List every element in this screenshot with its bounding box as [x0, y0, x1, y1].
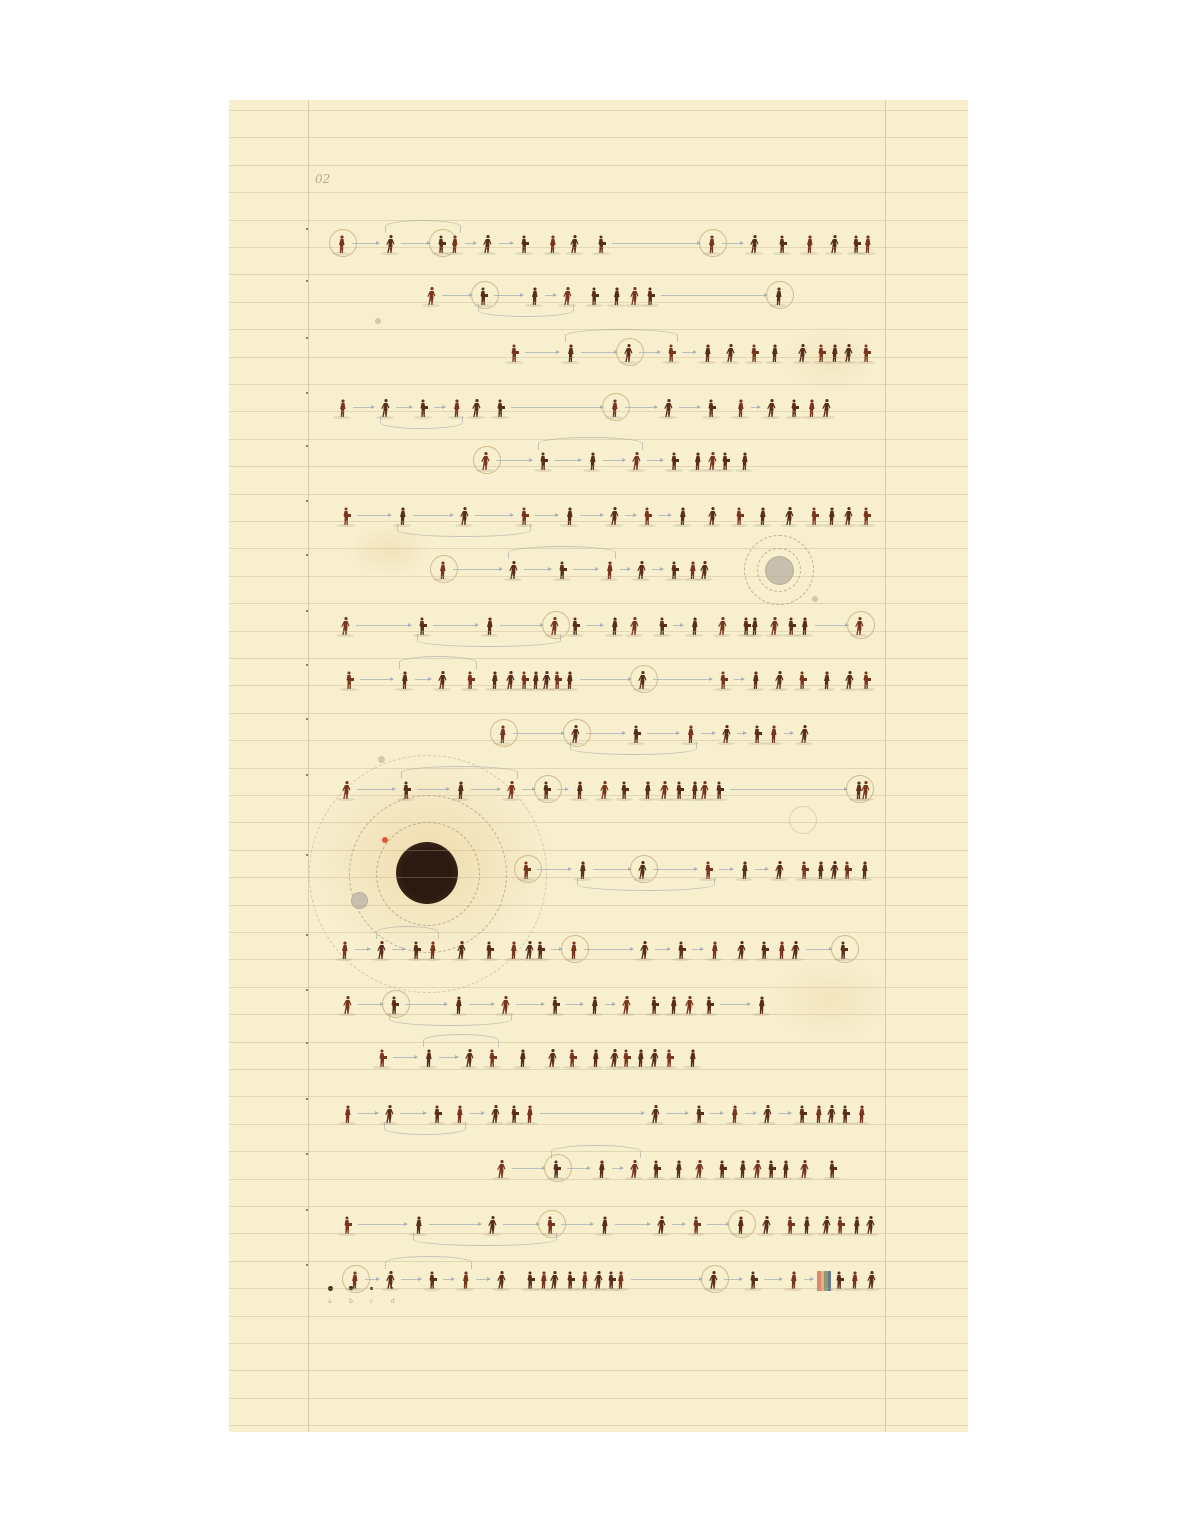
walking-figure-icon	[454, 1104, 466, 1124]
margin-tick	[306, 228, 308, 230]
walking-figure-icon	[517, 1048, 529, 1068]
arrow-connector	[405, 1004, 447, 1005]
ruled-line	[229, 1343, 968, 1344]
margin-tick	[306, 280, 308, 282]
walking-figure-icon	[589, 995, 601, 1015]
walking-figure-icon	[862, 234, 874, 254]
walking-figure-icon	[423, 1048, 435, 1068]
walking-figure-icon	[451, 398, 463, 418]
walking-figure-icon	[574, 780, 586, 800]
ruled-line	[229, 1206, 968, 1207]
walking-figure-icon	[611, 286, 623, 306]
walking-figure-icon	[482, 234, 494, 254]
walking-figure-icon	[827, 1159, 839, 1179]
arrow-connector	[692, 949, 703, 950]
ruled-line	[229, 987, 968, 988]
arrow-connector	[682, 352, 696, 353]
walking-figure-icon	[399, 670, 411, 690]
walking-figure-icon	[735, 398, 747, 418]
walking-figure-icon	[449, 234, 461, 254]
arrow-connector	[357, 789, 395, 790]
arrow-connector	[707, 1224, 729, 1225]
legend-label: c	[370, 1298, 373, 1305]
walking-figure-icon	[590, 1048, 602, 1068]
walking-figure-icon	[725, 343, 737, 363]
walking-figure-icon	[860, 780, 872, 800]
walking-figure-icon	[651, 1159, 663, 1179]
walking-figure-icon	[797, 670, 809, 690]
arrow-connector	[413, 515, 453, 516]
figure-row	[229, 860, 968, 882]
arrow-connector	[679, 407, 700, 408]
arrow-connector	[443, 1279, 454, 1280]
walking-figure-icon	[762, 1104, 774, 1124]
walking-figure-icon	[835, 1215, 847, 1235]
walking-figure-icon	[691, 1215, 703, 1235]
walking-figure-icon	[668, 995, 680, 1015]
walking-figure-icon	[615, 1270, 627, 1290]
arrow-connector	[658, 515, 671, 516]
ruled-line	[229, 411, 968, 412]
ruled-line	[229, 850, 968, 851]
walking-figure-icon	[666, 343, 678, 363]
walking-figure-icon	[804, 234, 816, 254]
walking-figure-icon	[676, 940, 688, 960]
walking-figure-icon	[759, 940, 771, 960]
arc-connector	[577, 878, 715, 891]
walking-figure-icon	[720, 451, 732, 471]
walking-figure-icon	[777, 234, 789, 254]
arrow-connector	[500, 625, 543, 626]
walking-figure-icon	[717, 1159, 729, 1179]
walking-figure-icon	[464, 1048, 476, 1068]
walking-figure-icon	[389, 995, 401, 1015]
walking-figure-icon	[639, 940, 651, 960]
walking-figure-icon	[687, 1048, 699, 1068]
walking-figure-icon	[635, 1048, 647, 1068]
ruled-line	[229, 521, 968, 522]
walking-figure-icon	[749, 234, 761, 254]
arrow-connector	[730, 789, 847, 790]
arrow-connector	[815, 625, 848, 626]
margin-tick	[306, 554, 308, 556]
walking-figure-icon	[756, 995, 768, 1015]
ruled-line	[229, 494, 968, 495]
walking-figure-icon	[826, 1104, 838, 1124]
arrow-connector	[516, 1004, 544, 1005]
ruled-line	[229, 1069, 968, 1070]
walking-figure-icon	[761, 1215, 773, 1235]
arrow-connector	[804, 1279, 813, 1280]
figure-row	[229, 1104, 968, 1126]
walking-figure-icon	[706, 398, 718, 418]
ruled-line	[229, 1233, 968, 1234]
ruled-line	[229, 466, 968, 467]
arrow-connector	[392, 949, 405, 950]
arrow-connector	[710, 1113, 723, 1114]
legend-label: b	[349, 1298, 353, 1305]
arrow-connector	[476, 1279, 490, 1280]
walking-figure-icon	[519, 234, 531, 254]
arrow-connector	[415, 679, 431, 680]
walking-figure-icon	[776, 940, 788, 960]
margin-tick	[306, 445, 308, 447]
arrow-connector	[701, 733, 715, 734]
arrow-connector	[358, 1224, 407, 1225]
walking-figure-icon	[694, 1104, 706, 1124]
arc-connector	[417, 634, 561, 647]
figure-row	[229, 670, 968, 692]
ruled-line	[229, 137, 968, 138]
walking-figure-icon	[432, 1104, 444, 1124]
walking-figure-icon	[564, 506, 576, 526]
walking-figure-icon	[417, 616, 429, 636]
walking-figure-icon	[849, 1270, 861, 1290]
walking-figure-icon	[786, 616, 798, 636]
page-number: 02	[315, 172, 330, 186]
small-dot-icon	[375, 318, 381, 324]
walking-figure-icon	[707, 451, 719, 471]
ruled-line	[229, 1096, 968, 1097]
walking-figure-icon	[785, 1215, 797, 1235]
walking-figure-icon	[834, 1270, 846, 1290]
walking-figure-icon	[629, 1159, 641, 1179]
ruled-line	[229, 1370, 968, 1371]
walking-figure-icon	[843, 343, 855, 363]
walking-figure-icon	[508, 560, 520, 580]
ruled-line	[229, 768, 968, 769]
arrow-connector	[612, 243, 700, 244]
walking-figure-icon	[524, 1104, 536, 1124]
arrow-connector	[442, 295, 472, 296]
walking-figure-icon	[456, 940, 468, 960]
walking-figure-icon	[677, 506, 689, 526]
ruled-line	[229, 1261, 968, 1262]
ruled-line	[229, 165, 968, 166]
arrow-connector	[358, 1113, 378, 1114]
arrow-connector	[475, 515, 513, 516]
walking-figure-icon	[495, 398, 507, 418]
walking-figure-icon	[342, 995, 354, 1015]
arrow-connector	[535, 515, 558, 516]
figure-row	[229, 286, 968, 308]
arrow-connector	[647, 733, 679, 734]
arc-connector	[570, 742, 697, 755]
walking-figure-icon	[645, 286, 657, 306]
arc-connector	[565, 329, 678, 342]
walking-figure-icon	[596, 234, 608, 254]
ruled-line	[229, 192, 968, 193]
small-dot-icon	[812, 596, 818, 602]
walking-figure-icon	[735, 1215, 747, 1235]
margin-tick	[306, 392, 308, 394]
walking-figure-icon	[709, 940, 721, 960]
walking-figure-icon	[547, 234, 559, 254]
margin-tick	[306, 610, 308, 612]
walking-figure-icon	[453, 995, 465, 1015]
arrow-connector	[561, 1224, 593, 1225]
walking-figure-icon	[562, 286, 574, 306]
arrow-connector	[433, 625, 478, 626]
walking-figure-icon	[460, 1270, 472, 1290]
walking-figure-icon	[649, 1048, 661, 1068]
figure-row	[229, 560, 968, 582]
arrow-connector	[554, 460, 581, 461]
walking-figure-icon	[692, 451, 704, 471]
arrow-connector	[661, 295, 767, 296]
arrow-connector	[469, 1004, 494, 1005]
walking-figure-icon	[861, 506, 873, 526]
walking-figure-icon	[538, 451, 550, 471]
ruled-line	[229, 1316, 968, 1317]
walking-figure-icon	[484, 616, 496, 636]
walking-figure-icon	[621, 1048, 633, 1068]
ruled-line	[229, 439, 968, 440]
arrow-connector	[755, 869, 768, 870]
walking-figure-icon	[496, 1159, 508, 1179]
arrow-connector	[586, 733, 625, 734]
walking-figure-icon	[750, 670, 762, 690]
walking-figure-icon	[525, 1270, 537, 1290]
walking-figure-icon	[621, 995, 633, 1015]
walking-figure-icon	[851, 1215, 863, 1235]
arrow-connector	[615, 1224, 650, 1225]
walking-figure-icon	[341, 780, 353, 800]
walking-figure-icon	[549, 1270, 561, 1290]
ruled-line	[229, 740, 968, 741]
ruled-line	[229, 1398, 968, 1399]
legend-label: a	[328, 1298, 332, 1305]
figure-row	[229, 780, 968, 802]
ruled-line	[229, 795, 968, 796]
walking-figure-icon	[455, 780, 467, 800]
arrow-connector	[511, 407, 603, 408]
margin-tick	[306, 989, 308, 991]
arrow-connector	[734, 679, 744, 680]
walking-figure-icon	[505, 670, 517, 690]
walking-figure-icon	[631, 451, 643, 471]
arc-connector	[397, 524, 531, 537]
walking-figure-icon	[821, 670, 833, 690]
arc-connector	[423, 1034, 499, 1047]
arrow-connector	[365, 1279, 379, 1280]
ruled-line	[229, 384, 968, 385]
walking-figure-icon	[774, 670, 786, 690]
margin-tick	[306, 1153, 308, 1155]
walking-figure-icon	[397, 506, 409, 526]
arrow-connector	[603, 460, 625, 461]
red-dot-icon	[382, 837, 388, 843]
walking-figure-icon	[748, 1270, 760, 1290]
arrow-connector	[722, 243, 743, 244]
arrow-connector	[353, 407, 374, 408]
arrow-connector	[540, 1113, 644, 1114]
walking-figure-icon	[377, 1048, 389, 1068]
arrow-connector	[605, 1004, 615, 1005]
walking-figure-icon	[813, 1104, 825, 1124]
walking-figure-icon	[336, 234, 348, 254]
walking-figure-icon	[552, 670, 564, 690]
arrow-connector	[471, 789, 500, 790]
walking-figure-icon	[506, 780, 518, 800]
walking-figure-icon	[702, 343, 714, 363]
walking-figure-icon	[568, 940, 580, 960]
arc-connector	[380, 416, 463, 429]
ruled-line	[229, 959, 968, 960]
arc-connector	[478, 304, 574, 317]
arrow-connector	[784, 733, 793, 734]
walking-figure-icon	[806, 398, 818, 418]
ruled-line	[229, 822, 968, 823]
walking-figure-icon	[650, 1104, 662, 1124]
walking-figure-icon	[642, 780, 654, 800]
walking-figure-icon	[340, 616, 352, 636]
walking-figure-icon	[587, 451, 599, 471]
margin-tick	[306, 718, 308, 720]
ruled-line	[229, 1425, 968, 1426]
walking-figure-icon	[766, 1159, 778, 1179]
ruled-line	[229, 329, 968, 330]
walking-figure-icon	[557, 560, 569, 580]
margin-tick	[306, 500, 308, 502]
walking-figure-icon	[656, 1215, 668, 1235]
walking-figure-icon	[341, 506, 353, 526]
walking-figure-icon	[623, 343, 635, 363]
arrow-connector	[396, 407, 412, 408]
walking-figure-icon	[838, 940, 850, 960]
walking-figure-icon	[547, 1048, 559, 1068]
arrow-connector	[357, 515, 391, 516]
walking-figure-icon	[500, 995, 512, 1015]
walking-figure-icon	[706, 234, 718, 254]
walking-figure-icon	[637, 670, 649, 690]
arrow-connector	[496, 460, 532, 461]
walking-figure-icon	[788, 1270, 800, 1290]
walking-figure-icon	[569, 234, 581, 254]
walking-figure-icon	[609, 398, 621, 418]
walking-figure-icon	[489, 670, 501, 690]
arrow-connector	[355, 949, 370, 950]
walking-figure-icon	[465, 670, 477, 690]
walking-figure-icon	[609, 616, 621, 636]
walking-figure-icon	[593, 1270, 605, 1290]
arrow-connector	[356, 625, 411, 626]
walking-figure-icon	[821, 1215, 833, 1235]
ruled-line	[229, 713, 968, 714]
arrow-connector	[512, 1168, 545, 1169]
small-dot-icon	[378, 756, 385, 763]
walking-figure-icon	[649, 995, 661, 1015]
walking-figure-icon	[609, 506, 621, 526]
arrow-connector	[673, 625, 683, 626]
arrow-connector	[470, 1113, 484, 1114]
walking-figure-icon	[541, 780, 553, 800]
margin-tick	[306, 337, 308, 339]
ruled-line	[229, 603, 968, 604]
walking-figure-icon	[418, 398, 430, 418]
arrow-connector	[498, 243, 513, 244]
arrow-connector	[400, 1113, 426, 1114]
walking-figure-icon	[769, 343, 781, 363]
arrow-connector	[545, 295, 556, 296]
ruled-line	[229, 1151, 968, 1152]
figure-row	[229, 1048, 968, 1070]
arrow-connector	[525, 352, 559, 353]
walking-figure-icon	[669, 451, 681, 471]
arrow-connector	[612, 1168, 623, 1169]
figure-row	[229, 724, 968, 746]
arrow-connector	[580, 679, 631, 680]
walking-figure-icon	[519, 506, 531, 526]
walking-figure-icon	[729, 1104, 741, 1124]
ruled-line	[229, 905, 968, 906]
grey-planet-icon	[351, 892, 368, 909]
ruled-line	[229, 576, 968, 577]
walking-figure-icon	[699, 560, 711, 580]
walking-figure-icon	[737, 1159, 749, 1179]
ruled-line	[229, 1179, 968, 1180]
arrow-connector	[666, 1113, 688, 1114]
walking-figure-icon	[604, 560, 616, 580]
walking-figure-icon	[718, 670, 730, 690]
walking-figure-icon	[663, 398, 675, 418]
arrow-connector	[625, 515, 636, 516]
arrow-connector	[513, 733, 564, 734]
walking-figure-icon	[766, 398, 778, 418]
walking-figure-icon	[797, 1104, 809, 1124]
arrow-connector	[453, 569, 502, 570]
margin-tick	[306, 1098, 308, 1100]
ruled-line	[229, 302, 968, 303]
ruled-line	[229, 1014, 968, 1015]
walking-figure-icon	[642, 506, 654, 526]
walking-figure-icon	[413, 1215, 425, 1235]
arrow-connector	[358, 1004, 383, 1005]
arrow-connector	[581, 352, 617, 353]
walking-figure-icon	[471, 398, 483, 418]
walking-figure-icon	[636, 560, 648, 580]
legend-label: d	[391, 1298, 395, 1305]
walking-figure-icon	[861, 670, 873, 690]
arrow-connector	[593, 869, 631, 870]
figure-row	[229, 398, 968, 420]
walking-figure-icon	[790, 940, 802, 960]
ruled-line	[229, 1124, 968, 1125]
walking-figure-icon	[865, 1215, 877, 1235]
arrow-connector	[751, 407, 760, 408]
arrow-connector	[429, 1224, 481, 1225]
walking-figure-icon	[529, 286, 541, 306]
walking-figure-icon	[861, 343, 873, 363]
walking-figure-icon	[509, 343, 521, 363]
figure-row	[229, 234, 968, 256]
walking-figure-icon	[427, 1270, 439, 1290]
walking-figure-icon	[659, 780, 671, 800]
walking-figure-icon	[436, 234, 448, 254]
margin-tick	[306, 664, 308, 666]
arrow-connector	[724, 1279, 742, 1280]
walking-figure-icon	[487, 1048, 499, 1068]
arrow-connector	[806, 949, 832, 950]
ruled-line	[229, 631, 968, 632]
walking-figure-icon	[426, 286, 438, 306]
walking-figure-icon	[669, 560, 681, 580]
walking-figure-icon	[344, 670, 356, 690]
arrow-connector	[580, 515, 603, 516]
ruled-line	[229, 877, 968, 878]
walking-figure-icon	[509, 1104, 521, 1124]
walking-figure-icon	[657, 616, 669, 636]
